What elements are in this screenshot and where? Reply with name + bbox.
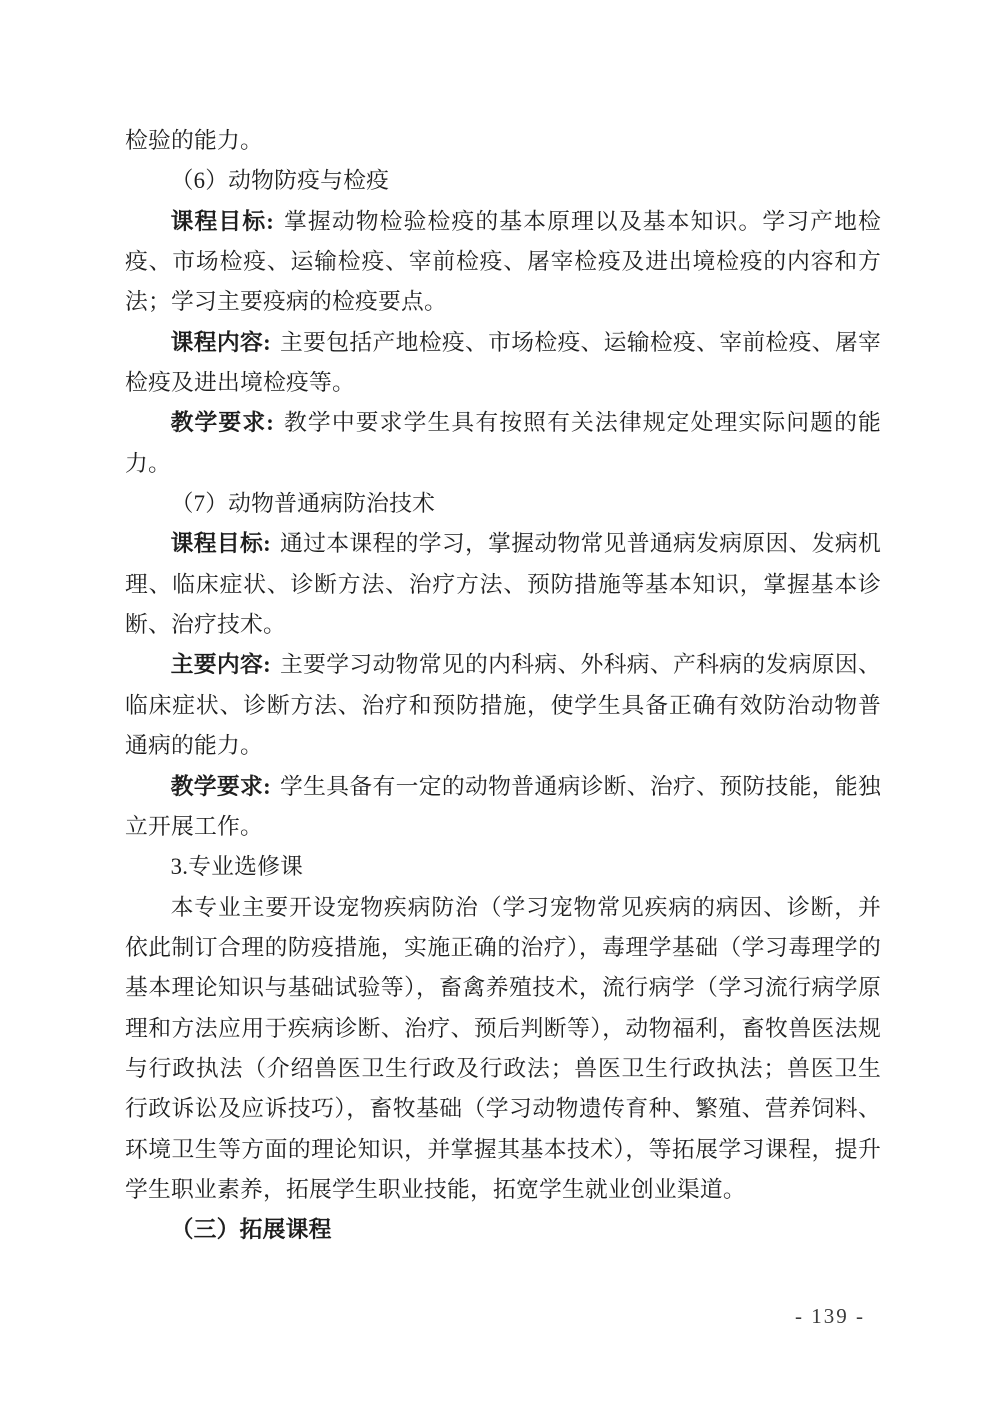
continued-paragraph: 检验的能力。 bbox=[125, 121, 881, 161]
page-footer: - 139 - bbox=[795, 1303, 865, 1329]
course-6-objective-paragraph: 课程目标:掌握动物检验检疫的基本原理以及基本知识。学习产地检疫、市场检疫、运输检… bbox=[125, 202, 881, 323]
paragraph-text: （7）动物普通病防治技术 bbox=[171, 491, 436, 516]
paragraph-label: 主要内容: bbox=[171, 652, 271, 677]
course-7-objective-paragraph: 课程目标:通过本课程的学习，掌握动物常见普通病发病原因、发病机理、临床症状、诊断… bbox=[125, 524, 881, 645]
paragraph-text: （三）拓展课程 bbox=[171, 1217, 332, 1242]
paragraph-label: 教学要求: bbox=[171, 410, 274, 435]
document-body: 检验的能力。（6）动物防疫与检疫课程目标:掌握动物检验检疫的基本原理以及基本知识… bbox=[125, 121, 881, 1251]
paragraph-text: 3.专业选修课 bbox=[171, 854, 303, 879]
course-6-content-paragraph: 课程内容:主要包括产地检疫、市场检疫、运输检疫、宰前检疫、屠宰检疫及进出境检疫等… bbox=[125, 323, 881, 404]
course-6-teaching-requirement-paragraph: 教学要求:教学中要求学生具有按照有关法律规定处理实际问题的能力。 bbox=[125, 403, 881, 484]
course-7-main-content-paragraph: 主要内容:主要学习动物常见的内科病、外科病、产科病的发病原因、临床症状、诊断方法… bbox=[125, 645, 881, 766]
course-heading-6: （6）动物防疫与检疫 bbox=[125, 161, 881, 201]
paragraph-label: 课程目标: bbox=[171, 531, 271, 556]
paragraph-label: 教学要求: bbox=[171, 774, 271, 799]
paragraph-text: 本专业主要开设宠物疾病防治（学习宠物常见疾病的病因、诊断，并依此制订合理的防疫措… bbox=[125, 895, 881, 1202]
paragraph-label: 课程内容: bbox=[171, 330, 271, 355]
page-number: - 139 - bbox=[795, 1304, 865, 1328]
paragraph-text: 检验的能力。 bbox=[125, 128, 263, 153]
course-7-teaching-requirement-paragraph: 教学要求:学生具备有一定的动物普通病诊断、治疗、预防技能，能独立开展工作。 bbox=[125, 767, 881, 848]
section-heading-elective-courses: 3.专业选修课 bbox=[125, 847, 881, 887]
section-heading-expansion-courses: （三）拓展课程 bbox=[125, 1210, 881, 1250]
document-page: 检验的能力。（6）动物防疫与检疫课程目标:掌握动物检验检疫的基本原理以及基本知识… bbox=[0, 0, 1000, 1414]
elective-courses-paragraph: 本专业主要开设宠物疾病防治（学习宠物常见疾病的病因、诊断，并依此制订合理的防疫措… bbox=[125, 888, 881, 1211]
paragraph-text: （6）动物防疫与检疫 bbox=[171, 168, 390, 193]
paragraph-label: 课程目标: bbox=[171, 209, 274, 234]
course-heading-7: （7）动物普通病防治技术 bbox=[125, 484, 881, 524]
